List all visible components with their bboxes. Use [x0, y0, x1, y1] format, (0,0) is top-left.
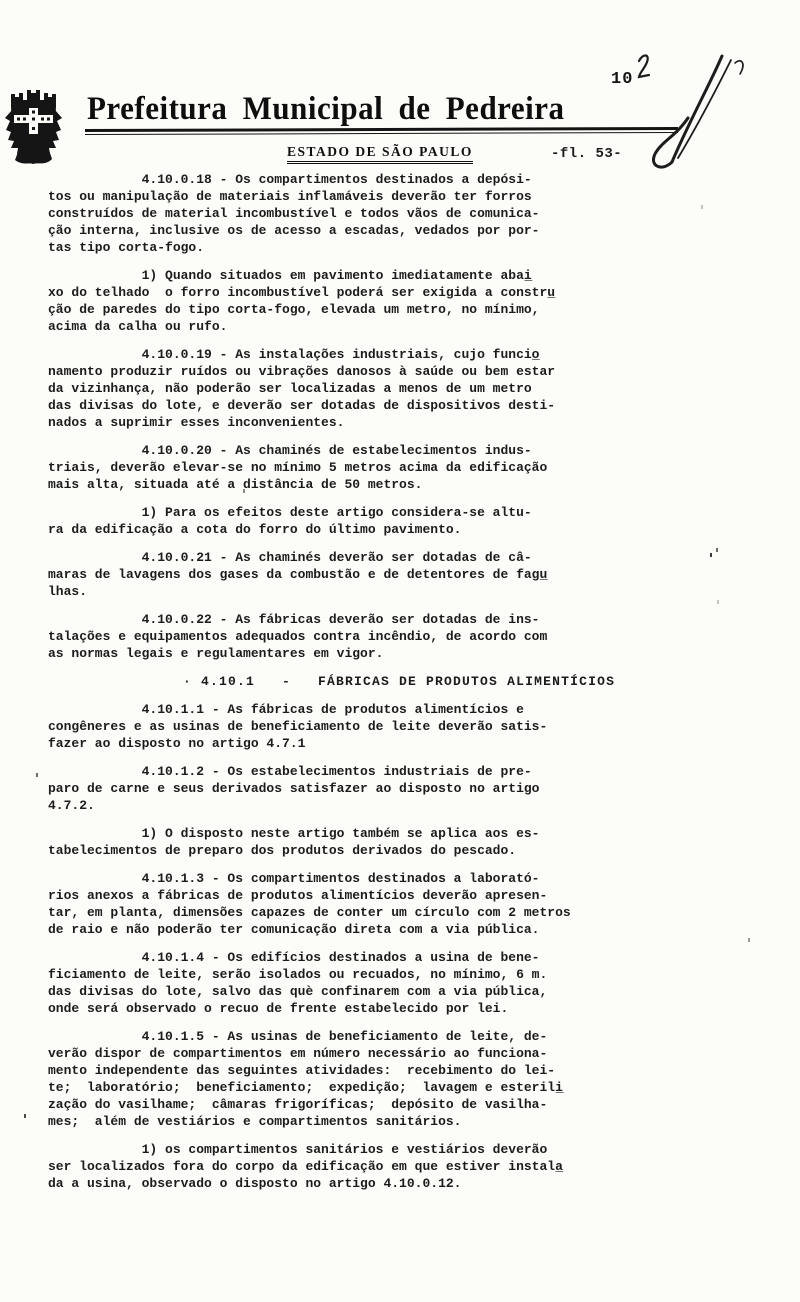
letterhead-title: Prefeitura Municipal de Pedreira: [87, 90, 565, 127]
paragraph-4-10-1-2: 4.10.1.2 - Os estabelecimentos industria…: [48, 763, 778, 814]
paragraph-4-10-1: · 4.10.1 - FÁBRICAS DE PRODUTOS ALIMENTÍ…: [48, 673, 778, 690]
paragraph-4-10-0-20: 4.10.0.20 - As chaminés de estabelecimen…: [48, 442, 778, 493]
paragraph-4-10-1-3: 4.10.1.3 - Os compartimentos destinados …: [48, 870, 778, 938]
header-rule-thick: [85, 127, 678, 132]
scan-specks: [0, 0, 2, 4]
paragraph-4-10-1-4: 4.10.1.4 - Os edifícios destinados a usi…: [48, 949, 778, 1017]
folio-number: -fl. 53-: [551, 146, 622, 162]
signature-flourish-icon: [636, 50, 746, 177]
paragraph-4-10-0-20-item-1: 1) Para os efeitos deste artigo consider…: [48, 504, 778, 538]
paragraph-4-10-1-2-item-1: 1) O disposto neste artigo também se apl…: [48, 825, 778, 859]
paragraph-4-10-0-21: 4.10.0.21 - As chaminés deverão ser dota…: [48, 549, 778, 600]
paragraph-4-10-0-18: 4.10.0.18 - Os compartimentos destinados…: [48, 171, 778, 256]
paragraph-4-10-0-18-item-1: 1) Quando situados em pavimento imediata…: [48, 267, 778, 335]
letterhead-state: ESTADO DE SÃO PAULO: [287, 144, 473, 164]
header-rule-thin: [85, 132, 678, 135]
document-body: 4.10.0.18 - Os compartimentos destinados…: [48, 171, 778, 1203]
coat-of-arms-icon: [5, 88, 62, 173]
paragraph-4-10-0-22: 4.10.0.22 - As fábricas deverão ser dota…: [48, 611, 778, 662]
paragraph-4-10-1-5-item-1: 1) os compartimentos sanitários e vestiá…: [48, 1141, 778, 1192]
paragraph-4-10-1-1: 4.10.1.1 - As fábricas de produtos alime…: [48, 701, 778, 752]
paragraph-4-10-0-19: 4.10.0.19 - As instalações industriais, …: [48, 346, 778, 431]
handwritten-page-number: 10: [611, 70, 633, 89]
paragraph-4-10-1-5: 4.10.1.5 - As usinas de beneficiamento d…: [48, 1028, 778, 1130]
scanned-document-page: Prefeitura Municipal de Pedreira ESTADO …: [0, 0, 800, 1302]
